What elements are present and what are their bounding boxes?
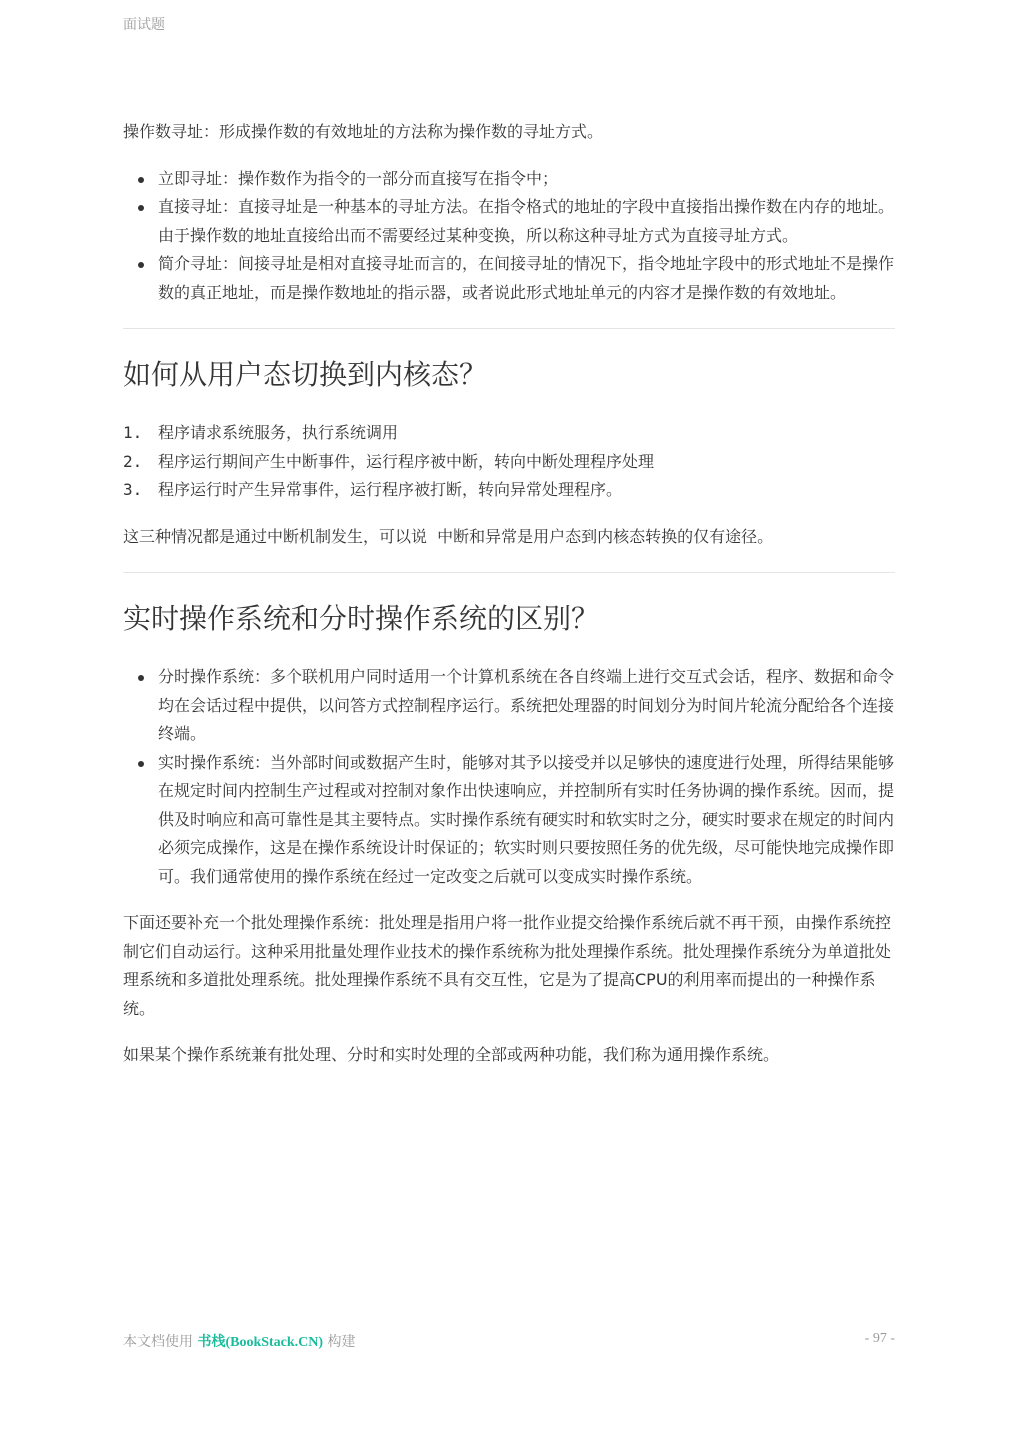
list-item: 3. 程序运行时产生异常事件，运行程序被打断，转向异常处理程序。	[123, 476, 895, 505]
step-number: 3.	[123, 476, 158, 505]
section-heading-rtos: 实时操作系统和分时操作系统的区别？	[123, 595, 895, 643]
footer-prefix: 本文档使用	[123, 1334, 197, 1350]
rtos-list: 分时操作系统：多个联机用户同时适用一个计算机系统在各自终端上进行交互式会话，程序…	[123, 663, 895, 891]
page-header-title: 面试题	[123, 14, 165, 34]
footer-credit: 本文档使用 书栈(BookStack.CN) 构建	[123, 1331, 356, 1351]
section-heading-user-kernel: 如何从用户态切换到内核态？	[123, 351, 895, 399]
list-item: 分时操作系统：多个联机用户同时适用一个计算机系统在各自终端上进行交互式会话，程序…	[158, 663, 895, 749]
divider	[123, 572, 895, 573]
batch-os-paragraph: 下面还要补充一个批处理操作系统：批处理是指用户将一批作业提交给操作系统后就不再干…	[123, 909, 895, 1023]
addressing-list: 立即寻址：操作数作为指令的一部分而直接写在指令中； 直接寻址：直接寻址是一种基本…	[123, 165, 895, 308]
list-item: 直接寻址：直接寻址是一种基本的寻址方法。在指令格式的地址的字段中直接指出操作数在…	[158, 193, 895, 250]
footer-suffix: 构建	[323, 1334, 355, 1350]
list-item: 简介寻址：间接寻址是相对直接寻址而言的，在间接寻址的情况下，指令地址字段中的形式…	[158, 250, 895, 307]
list-item: 2. 程序运行期间产生中断事件，运行程序被中断，转向中断处理程序处理	[123, 448, 895, 477]
page-number: - 97 -	[865, 1331, 895, 1351]
user-kernel-summary: 这三种情况都是通过中断机制发生，可以说 中断和异常是用户态到内核态转换的仅有途径…	[123, 523, 895, 552]
list-item: 1. 程序请求系统服务，执行系统调用	[123, 419, 895, 448]
step-number: 1.	[123, 419, 158, 448]
divider	[123, 328, 895, 329]
addressing-intro: 操作数寻址：形成操作数的有效地址的方法称为操作数的寻址方式。	[123, 118, 895, 147]
page-footer: 本文档使用 书栈(BookStack.CN) 构建 - 97 -	[123, 1331, 895, 1351]
step-text: 程序运行期间产生中断事件，运行程序被中断，转向中断处理程序处理	[158, 448, 654, 477]
list-item: 实时操作系统：当外部时间或数据产生时，能够对其予以接受并以足够快的速度进行处理，…	[158, 749, 895, 892]
list-item: 立即寻址：操作数作为指令的一部分而直接写在指令中；	[158, 165, 895, 194]
step-text: 程序请求系统服务，执行系统调用	[158, 419, 398, 448]
step-text: 程序运行时产生异常事件，运行程序被打断，转向异常处理程序。	[158, 476, 622, 505]
document-body: 操作数寻址：形成操作数的有效地址的方法称为操作数的寻址方式。 立即寻址：操作数作…	[123, 118, 895, 1070]
user-kernel-steps: 1. 程序请求系统服务，执行系统调用 2. 程序运行期间产生中断事件，运行程序被…	[123, 419, 895, 505]
step-number: 2.	[123, 448, 158, 477]
general-os-paragraph: 如果某个操作系统兼有批处理、分时和实时处理的全部或两种功能，我们称为通用操作系统…	[123, 1041, 895, 1070]
bookstack-link[interactable]: 书栈(BookStack.CN)	[197, 1335, 323, 1350]
